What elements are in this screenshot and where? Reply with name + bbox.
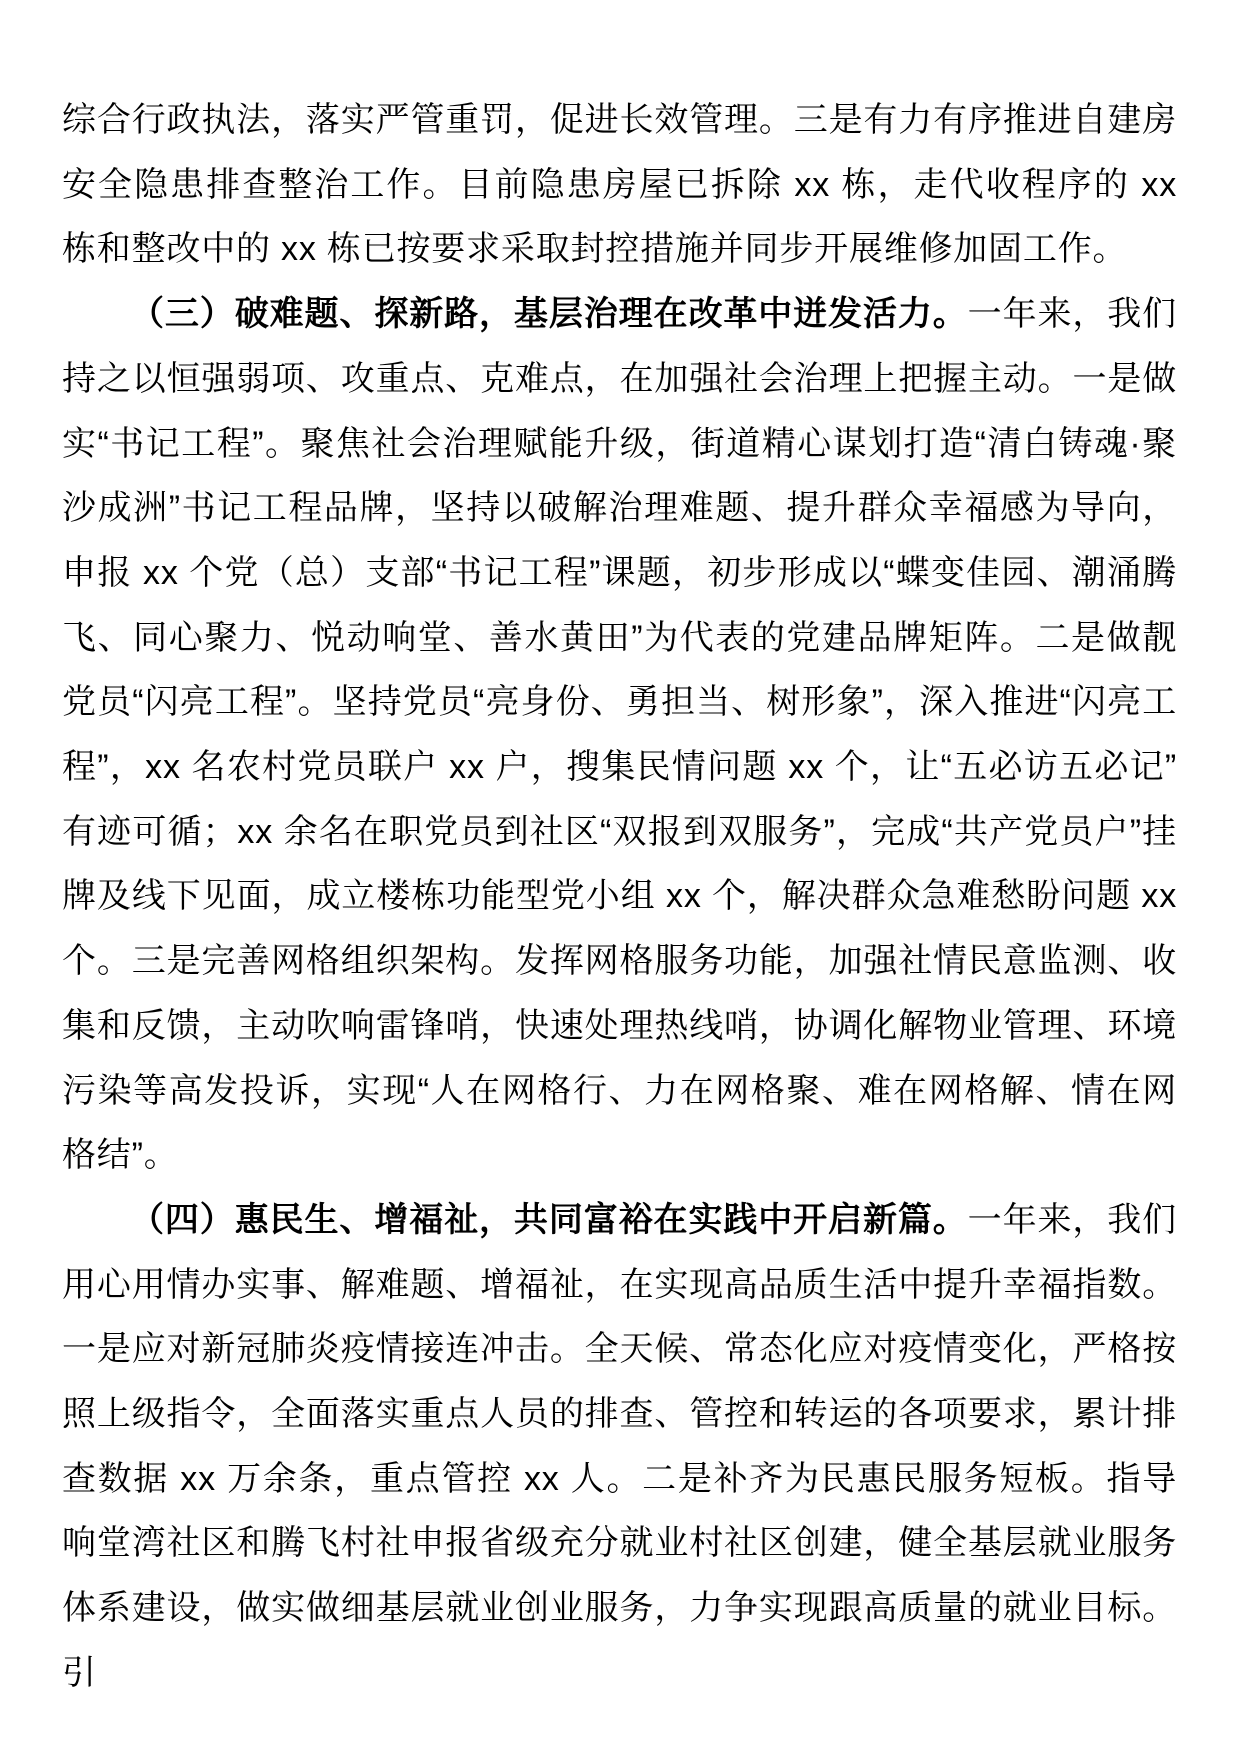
paragraph-section-4: （四）惠民生、增福祉，共同富裕在实践中开启新篇。一年来，我们用心用情办实事、解难… xyxy=(62,1188,1177,1706)
section-4-body-text: 一年来，我们用心用情办实事、解难题、增福祉，在实现高品质生活中提升幸福指数。一是… xyxy=(62,1201,1177,1692)
paragraph-section-3: （三）破难题、探新路，基层治理在改革中迸发活力。一年来，我们持之以恒强弱项、攻重… xyxy=(62,282,1177,1188)
section-3-body-text: 一年来，我们持之以恒强弱项、攻重点、克难点，在加强社会治理上把握主动。一是做实“… xyxy=(62,295,1177,1174)
paragraph-continuation-text: 综合行政执法，落实严管重罚，促进长效管理。三是有力有序推进自建房安全隐患排查整治… xyxy=(62,101,1177,268)
section-3-heading: （三）破难题、探新路，基层治理在改革中迸发活力。 xyxy=(130,295,968,333)
paragraph-continuation: 综合行政执法，落实严管重罚，促进长效管理。三是有力有序推进自建房安全隐患排查整治… xyxy=(62,88,1177,282)
section-4-heading: （四）惠民生、增福祉，共同富裕在实践中开启新篇。 xyxy=(130,1201,968,1239)
document-page: 综合行政执法，落实严管重罚，促进长效管理。三是有力有序推进自建房安全隐患排查整治… xyxy=(0,0,1240,1754)
